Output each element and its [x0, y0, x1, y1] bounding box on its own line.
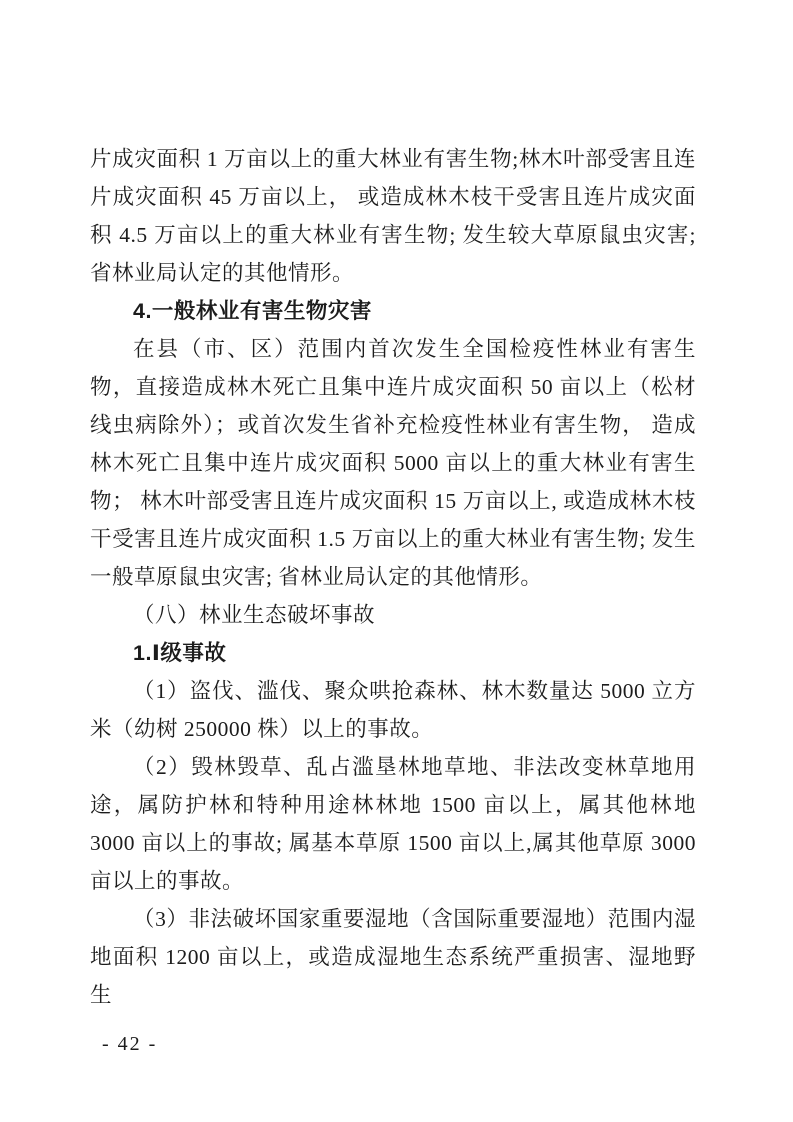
heading-1-level-i-accident: 1.Ⅰ级事故 — [90, 634, 696, 672]
document-page: 片成灾面积 1 万亩以上的重大林业有害生物;林木叶部受害且连片成灾面积 45 万… — [0, 0, 793, 1122]
heading-section-8-forestry-ecological-damage: （八）林业生态破坏事故 — [90, 596, 696, 634]
heading-4-general-forestry-pest-disaster: 4.一般林业有害生物灾害 — [90, 292, 696, 330]
paragraph-item-3-wetland-destruction: （3）非法破坏国家重要湿地（含国际重要湿地）范围内湿地面积 1200 亩以上，或… — [90, 900, 696, 1014]
document-body: 片成灾面积 1 万亩以上的重大林业有害生物;林木叶部受害且连片成灾面积 45 万… — [90, 140, 696, 1014]
paragraph-item-2-forest-grassland-destruction: （2）毁林毁草、乱占滥垦林地草地、非法改变林草地用途，属防护林和特种用途林林地 … — [90, 748, 696, 900]
paragraph-general-pest-criteria: 在县（市、区）范围内首次发生全国检疫性林业有害生物，直接造成林木死亡且集中连片成… — [90, 330, 696, 596]
paragraph-major-pest-criteria-continuation: 片成灾面积 1 万亩以上的重大林业有害生物;林木叶部受害且连片成灾面积 45 万… — [90, 140, 696, 292]
page-number: - 42 - — [102, 1030, 157, 1058]
paragraph-item-1-illegal-logging: （1）盗伐、滥伐、聚众哄抢森林、林木数量达 5000 立方米（幼树 250000… — [90, 672, 696, 748]
